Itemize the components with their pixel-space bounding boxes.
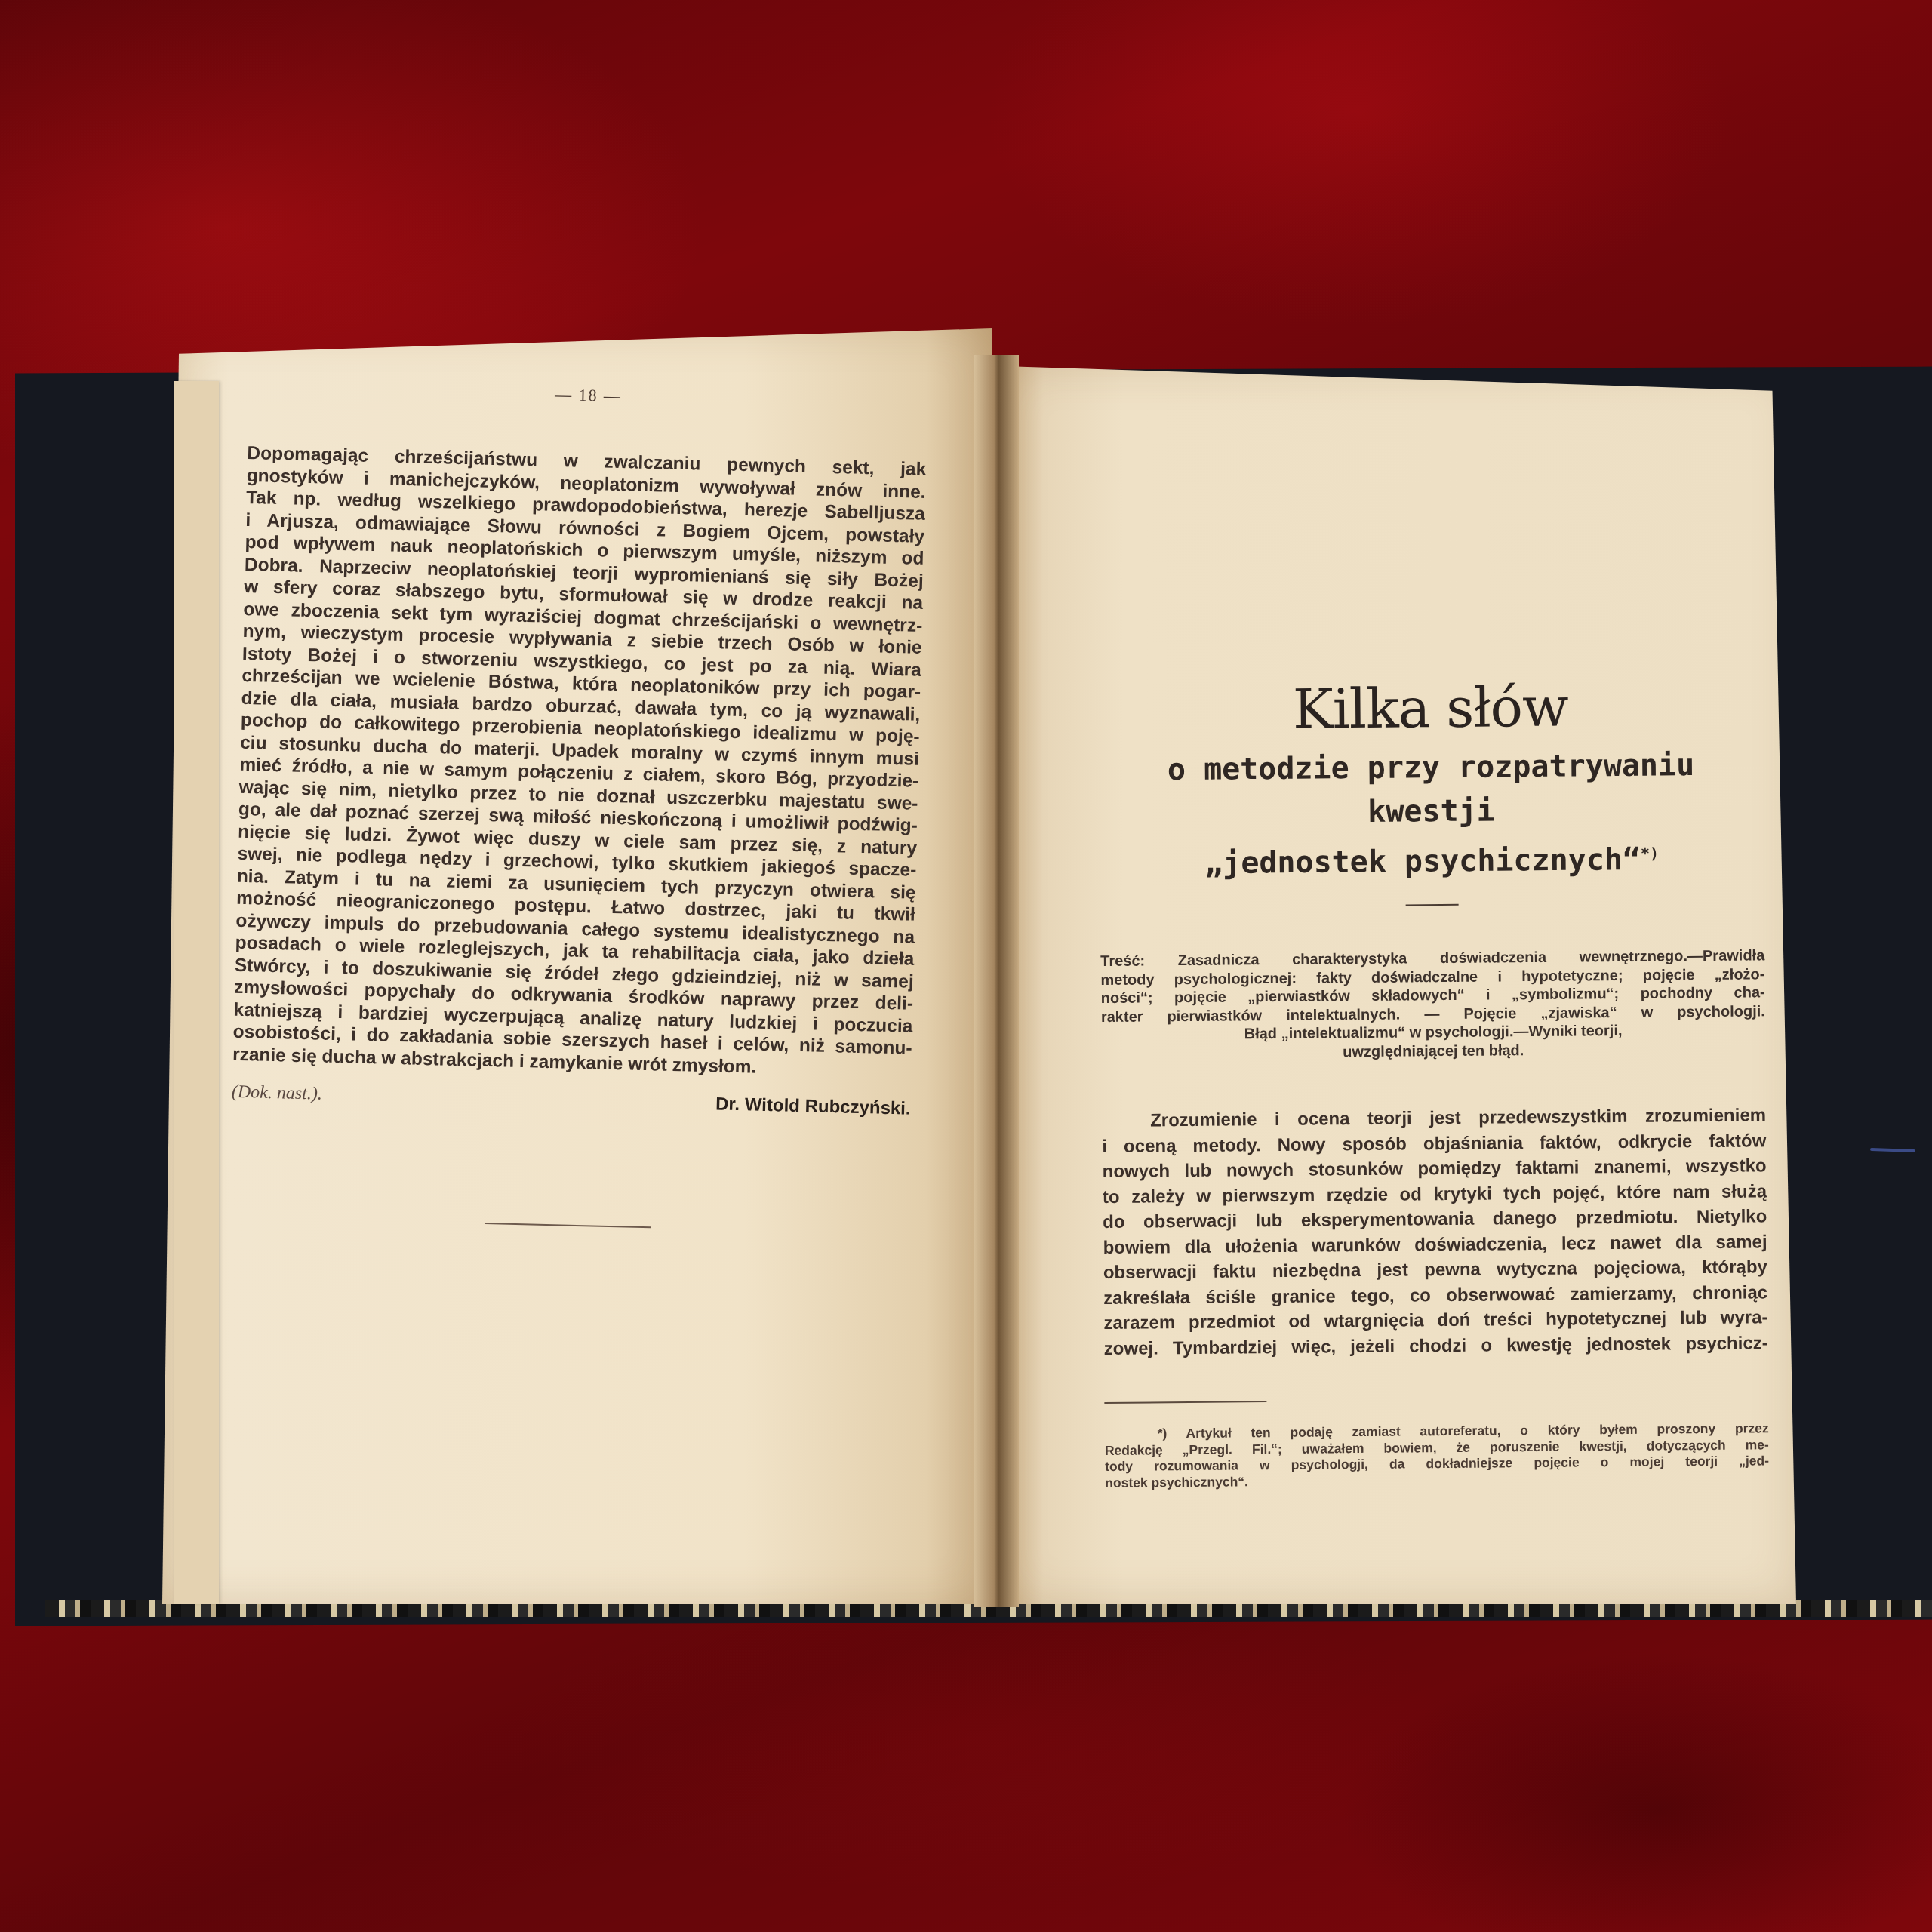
body-paragraph: Zrozumienie i ocena teorji jest przedews…: [1102, 1103, 1768, 1362]
article-title: Kilka słów: [1098, 673, 1763, 743]
footnote-divider: [1104, 1401, 1266, 1404]
author-signature: Dr. Witold Rubczyński.: [715, 1094, 911, 1119]
left-page-text: — 18 — Dopomagając chrześcijaństwu w zwa…: [229, 377, 928, 1235]
signoff: (Dok. nast.). Dr. Witold Rubczyński.: [231, 1082, 910, 1120]
subtitle-line-2: „jednostek psychicznych“*): [1100, 830, 1764, 886]
right-page-text: Kilka słów o metodzie przy rozpatrywaniu…: [1098, 673, 1769, 1491]
continuation-note: (Dok. nast.).: [231, 1082, 322, 1106]
subtitle-line-1: o metodzie przy rozpatrywaniu kwestji: [1099, 743, 1764, 836]
article-subtitle: o metodzie przy rozpatrywaniu kwestji „j…: [1099, 743, 1764, 886]
left-page-edge: [174, 381, 219, 1604]
title-divider: [1406, 904, 1459, 906]
text-line: zowej. Tymbardziej więc, jeżeli chodzi o…: [1104, 1331, 1768, 1361]
subtitle-line-2-text: „jednostek psychicznych“: [1204, 842, 1641, 881]
footnote: *) Artykuł ten podaję zamiast autorefera…: [1105, 1421, 1770, 1492]
book-spine-gutter: [974, 355, 1019, 1607]
open-book: — 18 — Dopomagając chrześcijaństwu w zwa…: [0, 0, 1932, 1932]
footnote-marker: *): [1641, 844, 1659, 863]
contents-summary: Treść: Zasadnicza charakterystyka doświa…: [1100, 947, 1765, 1064]
left-paragraph: Dopomagając chrześcijaństwu w zwalczaniu…: [232, 442, 927, 1082]
